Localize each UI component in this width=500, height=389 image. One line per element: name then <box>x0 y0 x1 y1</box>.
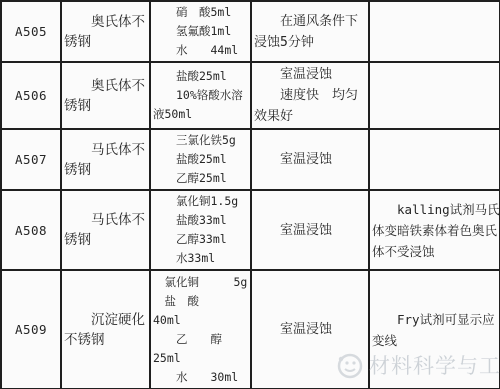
material-cell: 沉淀硬化不锈钢 <box>61 270 150 389</box>
composition-cell: 氯化铜1.5g 盐酸33ml 乙醇33ml 水33ml <box>150 190 251 270</box>
etchant-table-page: A505 奥氏体不锈钢 硝 酸5ml 氢氟酸1ml 水 44ml 在通风条件下浸… <box>0 0 500 389</box>
etchant-code: A505 <box>1 1 61 62</box>
table-row: A505 奥氏体不锈钢 硝 酸5ml 氢氟酸1ml 水 44ml 在通风条件下浸… <box>1 1 500 62</box>
condition-cell: 在通风条件下浸蚀5分钟 <box>251 1 369 62</box>
condition-cell: 室温浸蚀 <box>251 129 369 190</box>
composition-cell: 硝 酸5ml 氢氟酸1ml 水 44ml <box>150 1 251 62</box>
remark-cell <box>369 1 500 62</box>
condition-cell: 室温浸蚀 <box>251 190 369 270</box>
condition-cell: 室温浸蚀 速度快 均匀效果好 <box>251 62 369 129</box>
remark-cell <box>369 62 500 129</box>
condition-cell: 室温浸蚀 <box>251 270 369 389</box>
material-cell: 马氏体不锈钢 <box>61 129 150 190</box>
etchant-code: A507 <box>1 129 61 190</box>
table-row: A508 马氏体不锈钢 氯化铜1.5g 盐酸33ml 乙醇33ml 水33ml … <box>1 190 500 270</box>
remark-cell: Fry试剂可显示应变线 <box>369 270 500 389</box>
material-cell: 马氏体不锈钢 <box>61 190 150 270</box>
etchant-table: A505 奥氏体不锈钢 硝 酸5ml 氢氟酸1ml 水 44ml 在通风条件下浸… <box>0 0 500 389</box>
etchant-code: A508 <box>1 190 61 270</box>
composition-cell: 氯化铜 5g 盐 酸40ml 乙 醇25ml 水 30ml <box>150 270 251 389</box>
etchant-code: A506 <box>1 62 61 129</box>
table-row: A506 奥氏体不锈钢 盐酸25ml 10%铬酸水溶液50ml 室温浸蚀 速度快… <box>1 62 500 129</box>
remark-cell: kalling试剂马氏体变暗铁素体着色奥氏体不受浸蚀 <box>369 190 500 270</box>
material-cell: 奥氏体不锈钢 <box>61 62 150 129</box>
table-row: A509 沉淀硬化不锈钢 氯化铜 5g 盐 酸40ml 乙 醇25ml 水 30… <box>1 270 500 389</box>
etchant-code: A509 <box>1 270 61 389</box>
composition-cell: 盐酸25ml 10%铬酸水溶液50ml <box>150 62 251 129</box>
remark-cell <box>369 129 500 190</box>
material-cell: 奥氏体不锈钢 <box>61 1 150 62</box>
table-row: A507 马氏体不锈钢 三氯化铁5g 盐酸25ml 乙醇25ml 室温浸蚀 <box>1 129 500 190</box>
composition-cell: 三氯化铁5g 盐酸25ml 乙醇25ml <box>150 129 251 190</box>
